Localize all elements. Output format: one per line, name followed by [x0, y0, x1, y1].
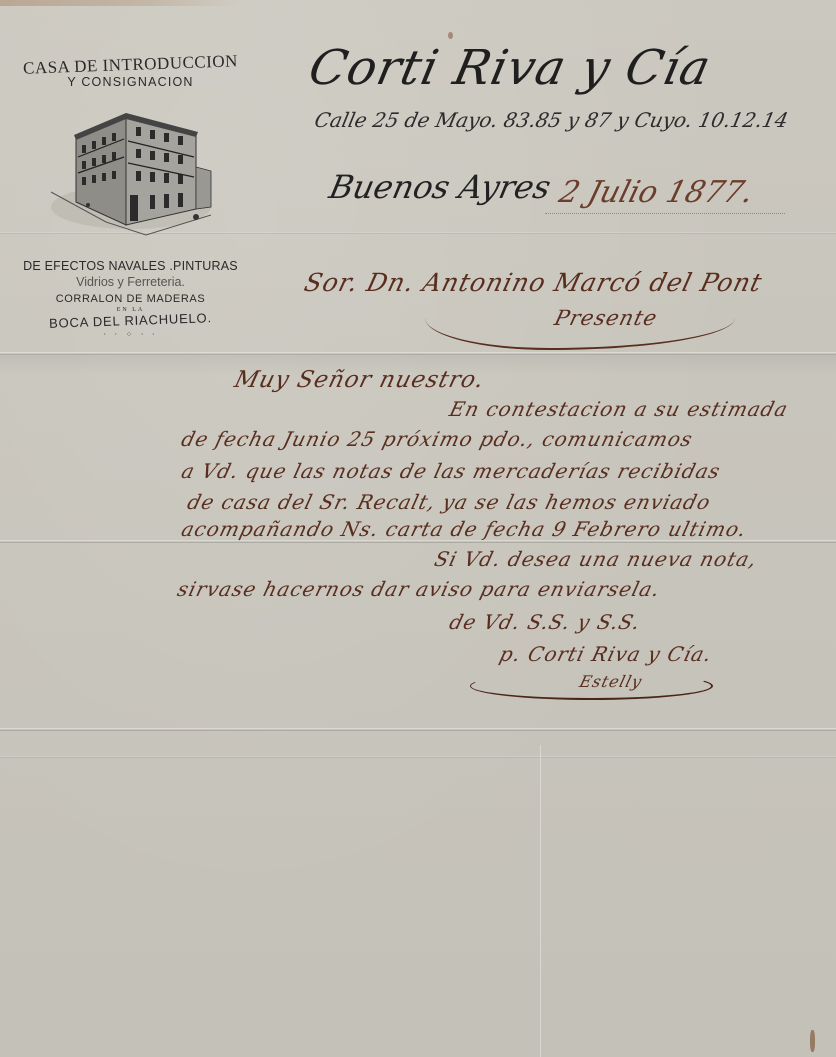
body-line: de casa del Sr. Recalt, ya se las hemos …	[185, 490, 713, 514]
body-line: Si Vd. desea una nueva nota,	[432, 547, 760, 571]
fold-line	[0, 728, 836, 731]
city: Buenos Ayres	[326, 168, 554, 206]
signature-name: Estelly	[578, 672, 645, 691]
date-rule	[545, 213, 785, 214]
body-line: acompañando Ns. carta de fecha 9 Febrero…	[179, 517, 749, 541]
letterhead-left-block: CASA DE INTRODUCCION Y CONSIGNACION	[18, 55, 243, 339]
addressee: Sor. Dn. Antonino Marcó del Pont	[301, 268, 765, 297]
letter-date: 2 Julio 1877.	[555, 175, 757, 210]
letterhead-vidrios: Vidrios y Ferreteria.	[18, 275, 243, 289]
letterhead-corralon: CORRALON DE MADERAS	[18, 293, 243, 305]
building-engraving-icon	[46, 97, 216, 237]
body-line: En contestacion a su estimada	[447, 397, 791, 421]
fold-line	[0, 756, 836, 758]
letterhead-efectos: DE EFECTOS NAVALES .PINTURAS	[18, 259, 243, 273]
body-line: sirvase hacernos dar aviso para enviarse…	[175, 577, 663, 601]
ink-spot	[448, 32, 453, 39]
closing: de Vd. S.S. y S.S.	[447, 610, 643, 634]
greeting: Muy Señor nuestro.	[232, 367, 488, 393]
body-line: de fecha Junio 25 próximo pdo., comunica…	[179, 427, 696, 451]
vertical-fold-line	[540, 745, 541, 1057]
body-line: a Vd. que las notas de las mercaderías r…	[179, 459, 723, 483]
ornament-icon: · · ⁘ · ·	[18, 330, 243, 339]
signature-firm: p. Corti Riva y Cía.	[497, 642, 715, 666]
firm-address: Calle 25 de Mayo. 83.85 y 87 y Cuyo. 10.…	[312, 108, 790, 132]
ink-spot	[810, 1030, 815, 1052]
firm-name: Corti Riva y Cía	[304, 40, 716, 96]
edge-stain	[0, 0, 240, 6]
